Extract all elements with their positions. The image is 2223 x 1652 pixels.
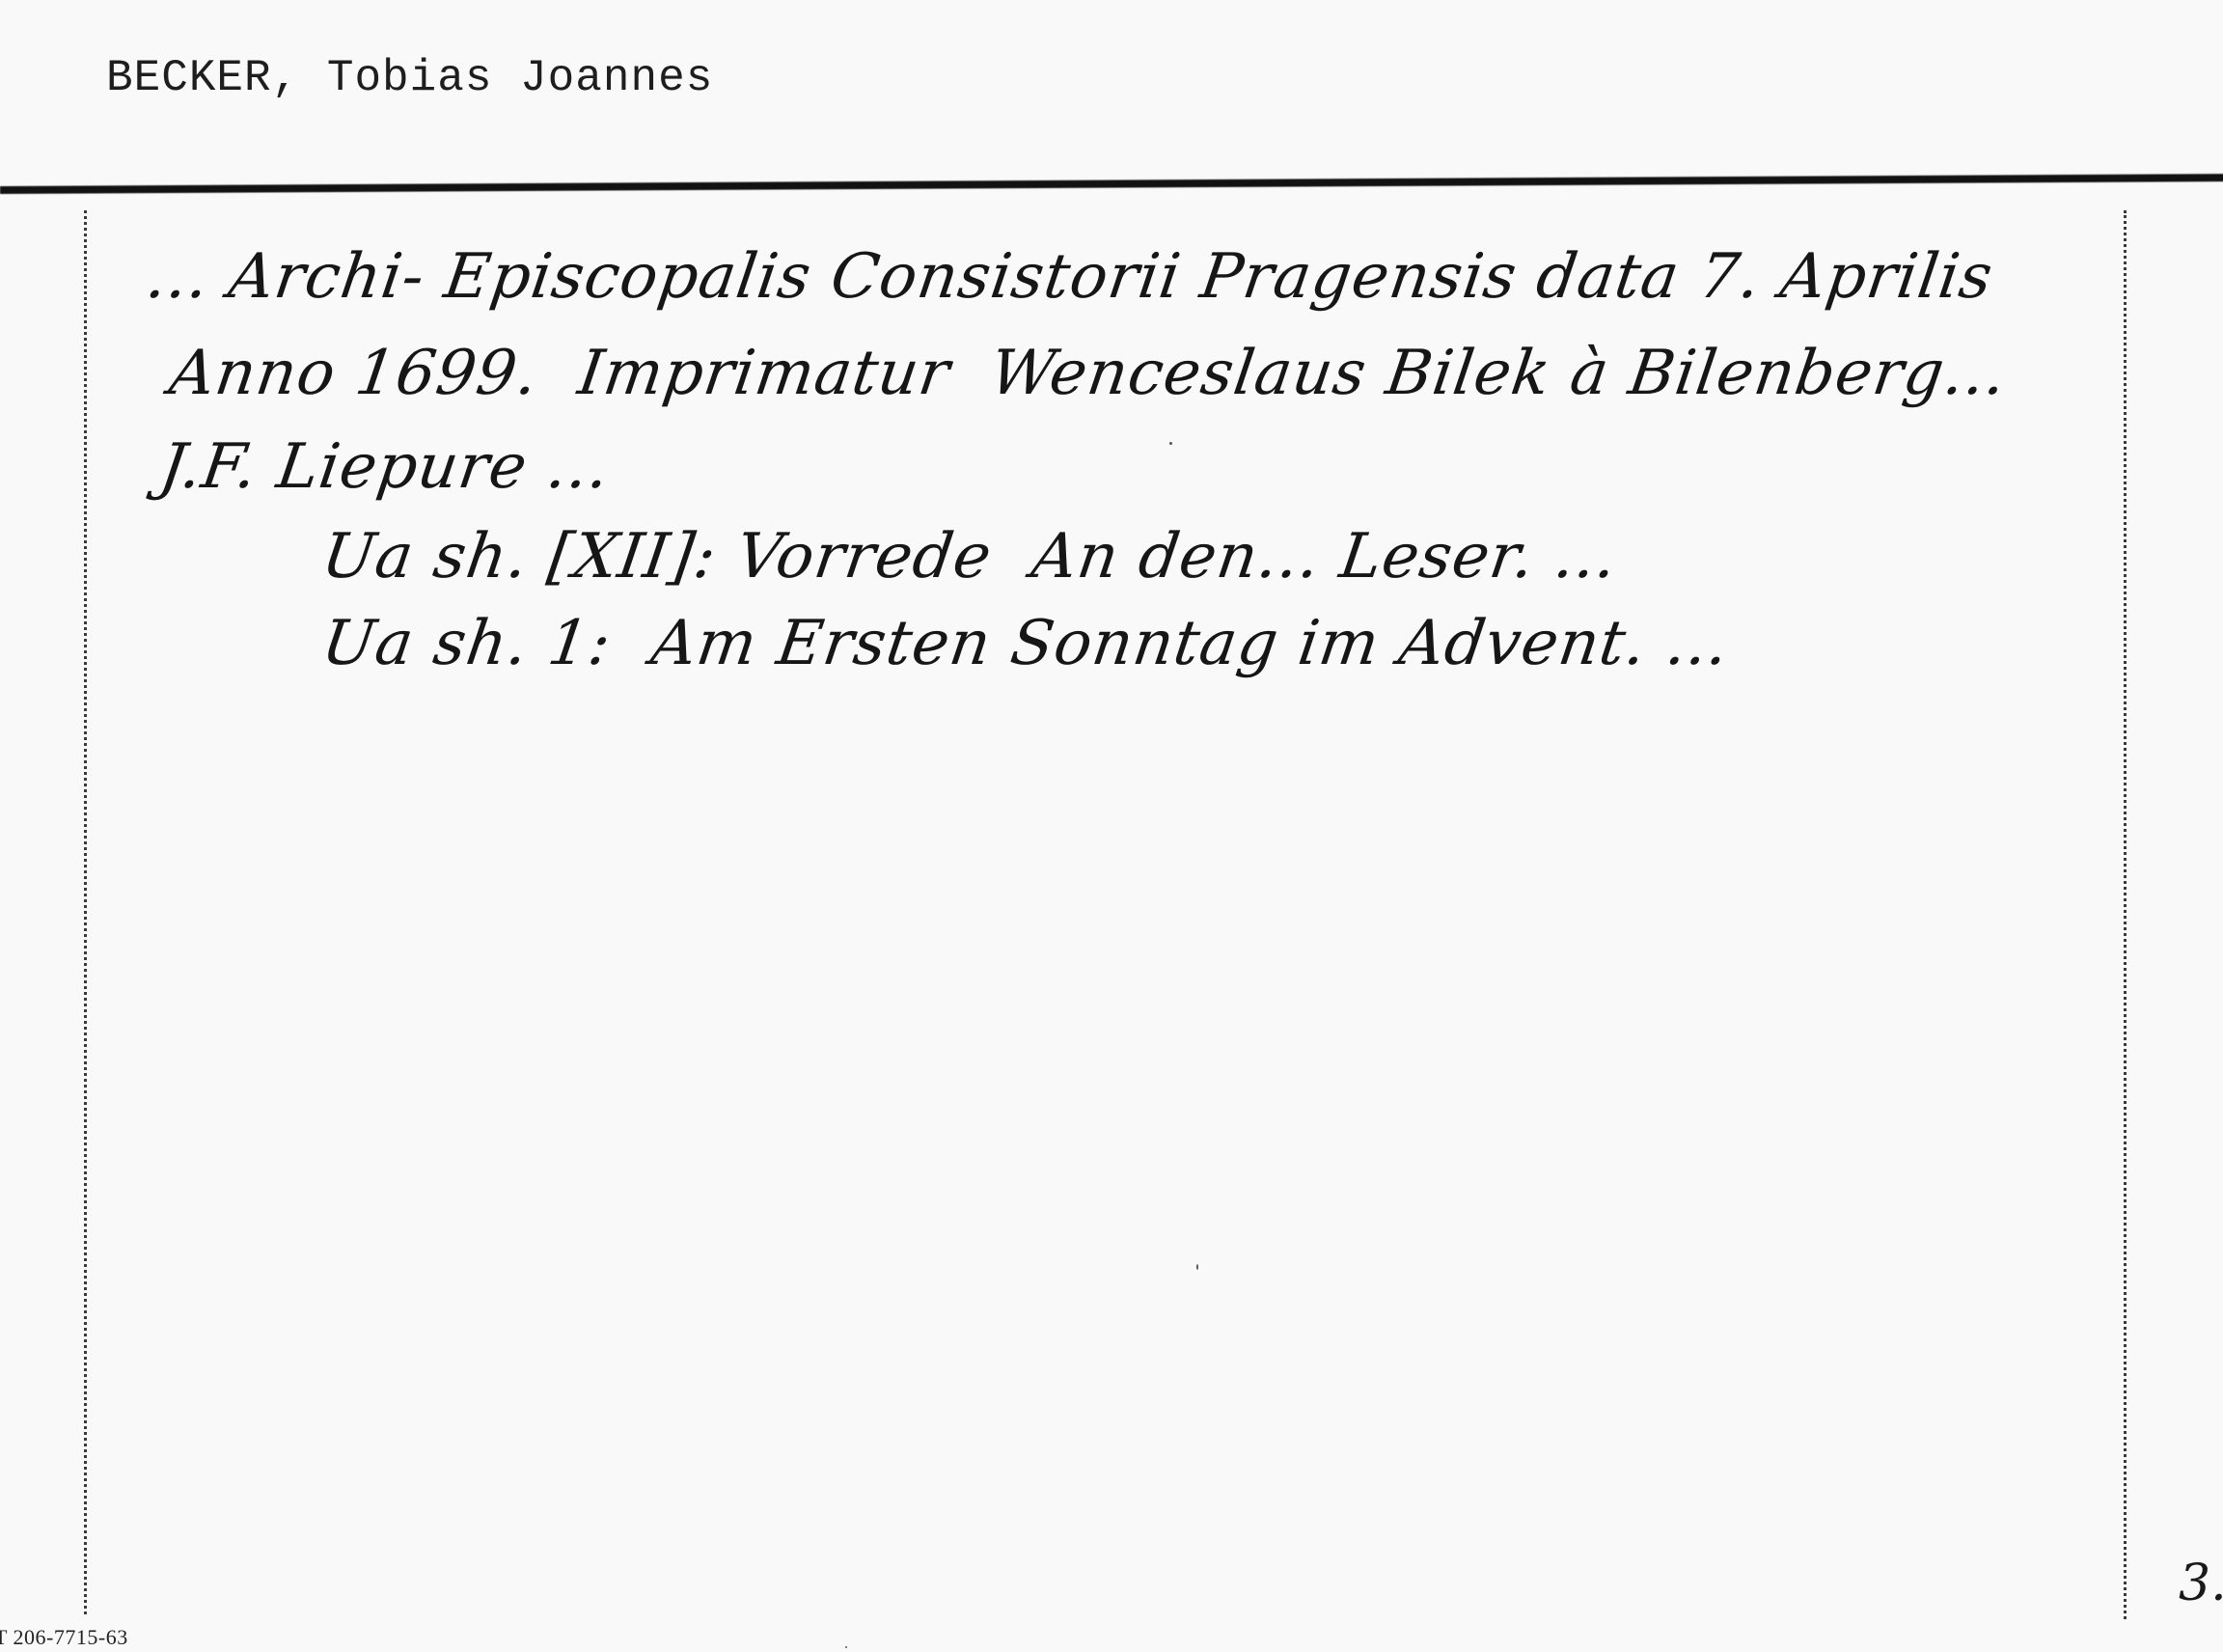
card-heading: BECKER, Tobias Joannes [106, 56, 713, 100]
catalog-card: BECKER, Tobias Joannes ... Archi- Episco… [0, 0, 2223, 1652]
left-dotted-margin [84, 210, 87, 1614]
handwritten-line: J.F. Liepure ... [156, 436, 614, 498]
paper-speck [1196, 1264, 1198, 1270]
heading-rule [0, 174, 2223, 194]
handwritten-line: Ua sh. 1: Am Ersten Sonntag im Advent. .… [318, 613, 1733, 675]
handwritten-line: ... Archi- Episcopalis Consistorii Prage… [143, 246, 1996, 308]
card-number: 3. [2179, 1558, 2223, 1609]
paper-speck [845, 1646, 847, 1648]
handwritten-line: Ua sh. [XII]: Vorrede An den... Leser. .… [318, 526, 1621, 588]
right-dotted-margin [2124, 210, 2127, 1619]
handwritten-line: Anno 1699. Imprimatur Wenceslaus Bilek à… [166, 343, 2011, 404]
paper-speck [1169, 442, 1172, 445]
footer-code: T 206-7715-63 [0, 1625, 128, 1650]
